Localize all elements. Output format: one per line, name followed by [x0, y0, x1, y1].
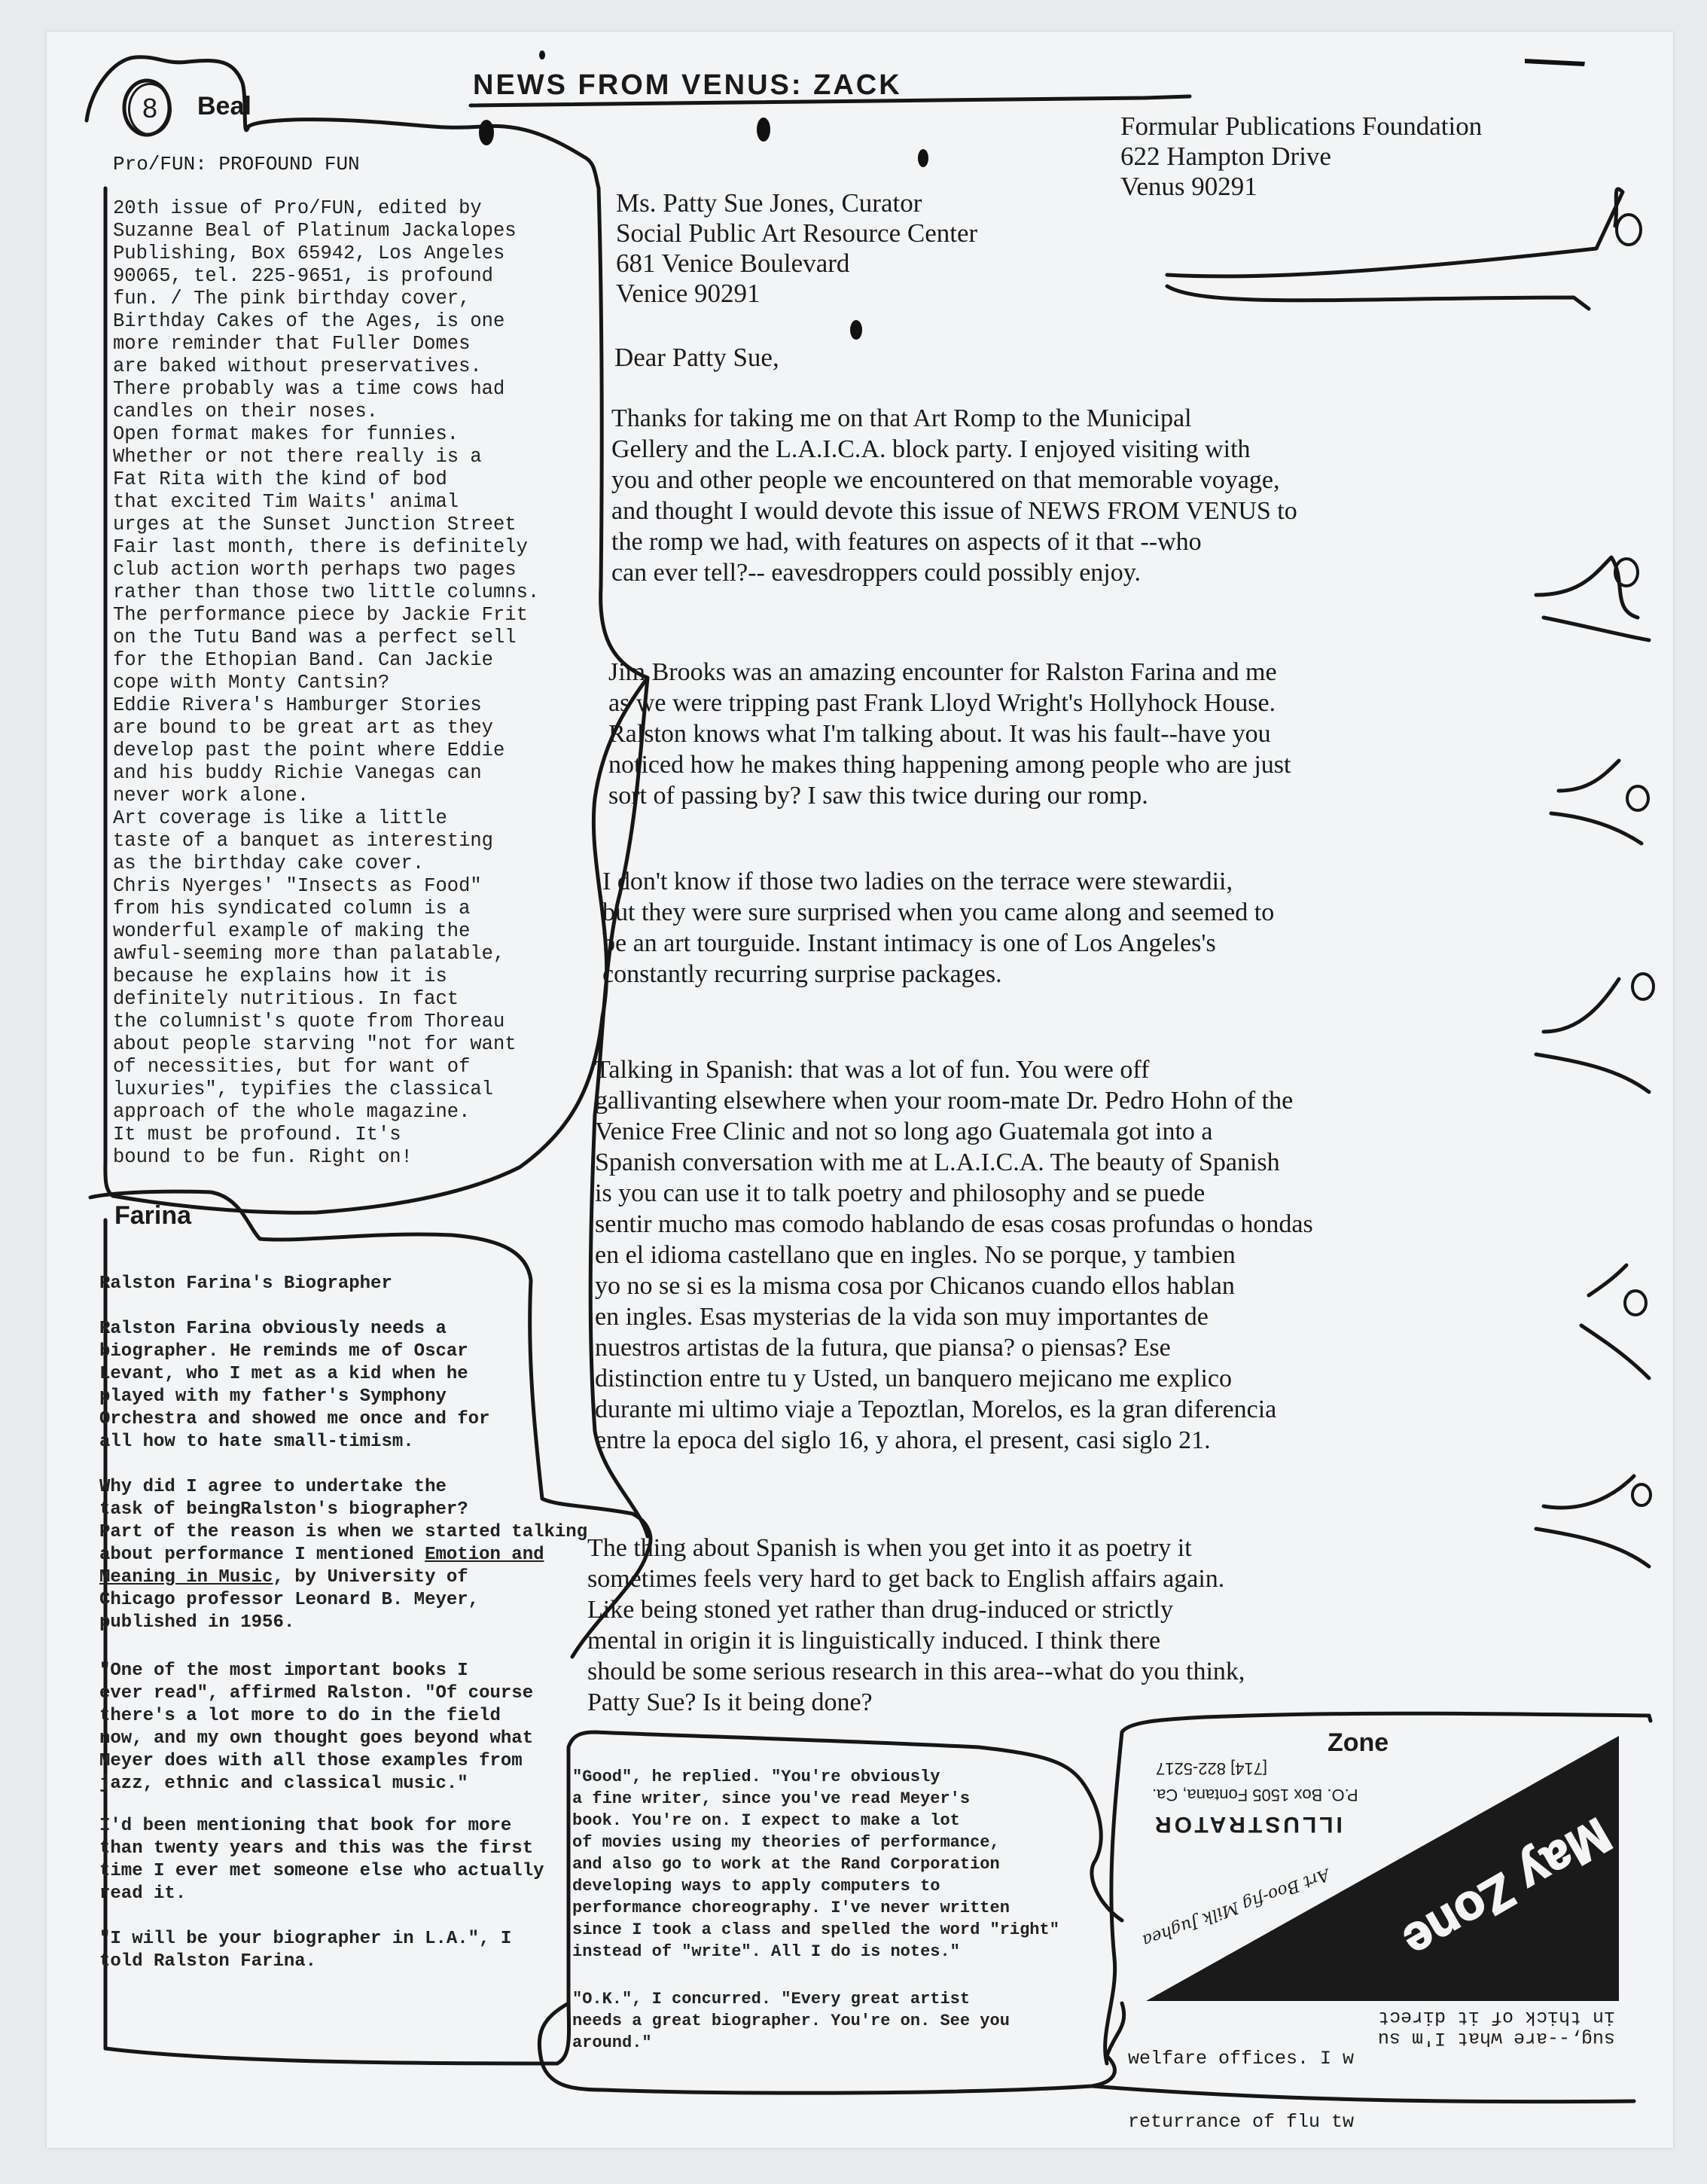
farina-para-5: "I will be your biographer in L.A.", I t…	[99, 1928, 566, 1973]
farina-para-1: Ralston Farina obviously needs a biograp…	[99, 1318, 551, 1453]
ad-bottom-text: welfare offices. I w returrance of flu t…	[1128, 2006, 1354, 2154]
recipient-org: Social Public Art Resource Center	[616, 218, 977, 249]
masthead-title: NEWS FROM VENUS: ZACK	[473, 69, 902, 102]
letter-paragraph-4: Talking in Spanish: that was a lot of fu…	[595, 1054, 1649, 1456]
recipient-address: Ms. Patty Sue Jones, Curator Social Publ…	[616, 188, 977, 309]
farina-heading: Ralston Farina's Biographer	[99, 1273, 392, 1295]
letter-paragraph-1: Thanks for taking me on that Art Romp to…	[611, 403, 1620, 588]
bubble-para-2: "O.K.", I concurred. "Every great artist…	[572, 1988, 1084, 2054]
ad-zone-title: Zone	[1327, 1728, 1388, 1758]
bubble-para-1: "Good", he replied. "You're obviously a …	[572, 1766, 1084, 1963]
letter-paragraph-5: The thing about Spanish is when you get …	[587, 1533, 1641, 1718]
ad-address: P.O. Box 1505 Fontana, Ca.	[1152, 1785, 1358, 1804]
sender-street: 622 Hampton Drive	[1120, 142, 1482, 172]
farina-para-3: "One of the most important books I ever …	[99, 1660, 566, 1795]
sender-city: Venus 90291	[1120, 172, 1482, 202]
recipient-city: Venice 90291	[616, 279, 977, 309]
farina-para-2: Why did I agree to undertake the task of…	[99, 1476, 626, 1634]
sender-name: Formular Publications Foundation	[1120, 111, 1482, 142]
review-heading: Pro/FUN: PROFOUND FUN	[113, 153, 360, 175]
section-tab-beal: Beal	[197, 92, 251, 121]
salutation: Dear Patty Sue,	[614, 343, 779, 373]
ad-bottom-flipped-text: sug,--are what I'm su in thick of it dir…	[1378, 2006, 1615, 2048]
review-body: 20th issue of Pro/FUN, edited by Suzanne…	[113, 197, 602, 1169]
ad-phone: [714] 822-5217	[1156, 1758, 1267, 1778]
recipient-street: 681 Venice Boulevard	[616, 249, 977, 279]
recipient-name: Ms. Patty Sue Jones, Curator	[616, 188, 977, 218]
sender-address: Formular Publications Foundation 622 Ham…	[1120, 111, 1482, 202]
letter-paragraph-3: I don't know if those two ladies on the …	[602, 866, 1641, 990]
letter-paragraph-2: Jim Brooks was an amazing encounter for …	[608, 657, 1617, 811]
ad-role: ILLUSTRATOR	[1152, 1811, 1343, 1837]
section-tab-farina: Farina	[114, 1201, 191, 1231]
page-number: 8	[128, 83, 172, 136]
farina-para-4: I'd been mentioning that book for more t…	[99, 1815, 566, 1905]
